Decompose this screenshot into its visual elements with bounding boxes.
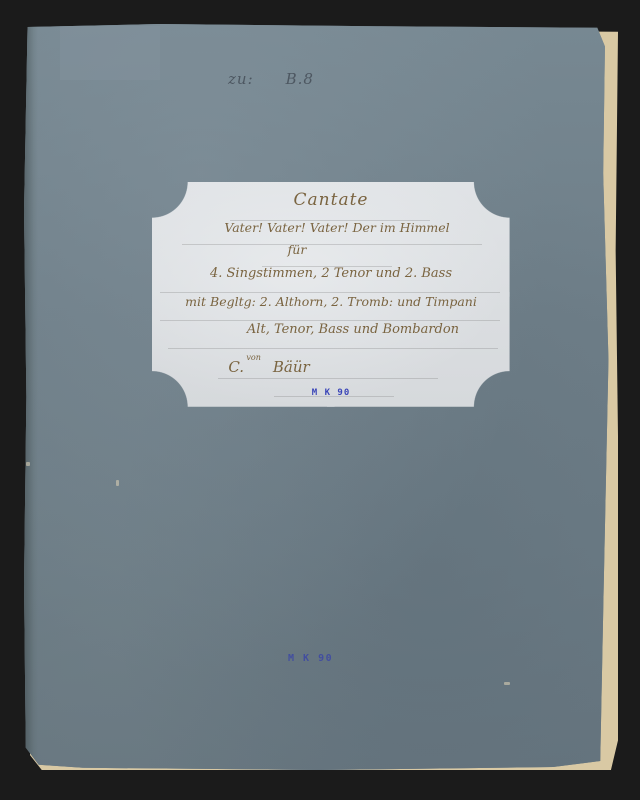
shelfmark-prefix: zu:	[228, 70, 254, 88]
library-stamp-cover: M K 90	[288, 653, 333, 664]
work-title: Cantate	[152, 190, 510, 210]
composer-von: von	[246, 353, 261, 362]
paper-blemish	[116, 480, 119, 486]
ruled-line	[218, 378, 438, 379]
scan-canvas: zu:B.8 Cantate Vater! Vater! Vater! Der …	[0, 0, 640, 800]
composer-initial: C.	[228, 358, 244, 376]
scoring-instruments: mit Begltg: 2. Althorn, 2. Tromb: und Ti…	[152, 294, 510, 309]
shelfmark-value: B.8	[286, 70, 314, 88]
library-stamp-label: M K 90	[152, 388, 510, 398]
scoring-intro: für	[118, 242, 476, 257]
cover-spine-edge	[24, 24, 38, 770]
title-label: Cantate Vater! Vater! Vater! Der im Himm…	[152, 182, 510, 407]
scoring-bass-line: Alt, Tenor, Bass und Bombardon	[152, 322, 532, 337]
work-subtitle: Vater! Vater! Vater! Der im Himmel	[152, 220, 516, 235]
ruled-line	[160, 292, 500, 293]
scoring-voices: 4. Singstimmen, 2 Tenor und 2. Bass	[152, 266, 510, 281]
faded-label-patch	[60, 26, 160, 80]
ruled-line	[168, 348, 498, 349]
paper-blemish	[26, 462, 30, 466]
ruled-line	[160, 320, 500, 321]
shelfmark: zu:B.8	[228, 70, 314, 88]
composer-name: Bäür	[273, 358, 310, 376]
paper-blemish	[504, 682, 510, 685]
